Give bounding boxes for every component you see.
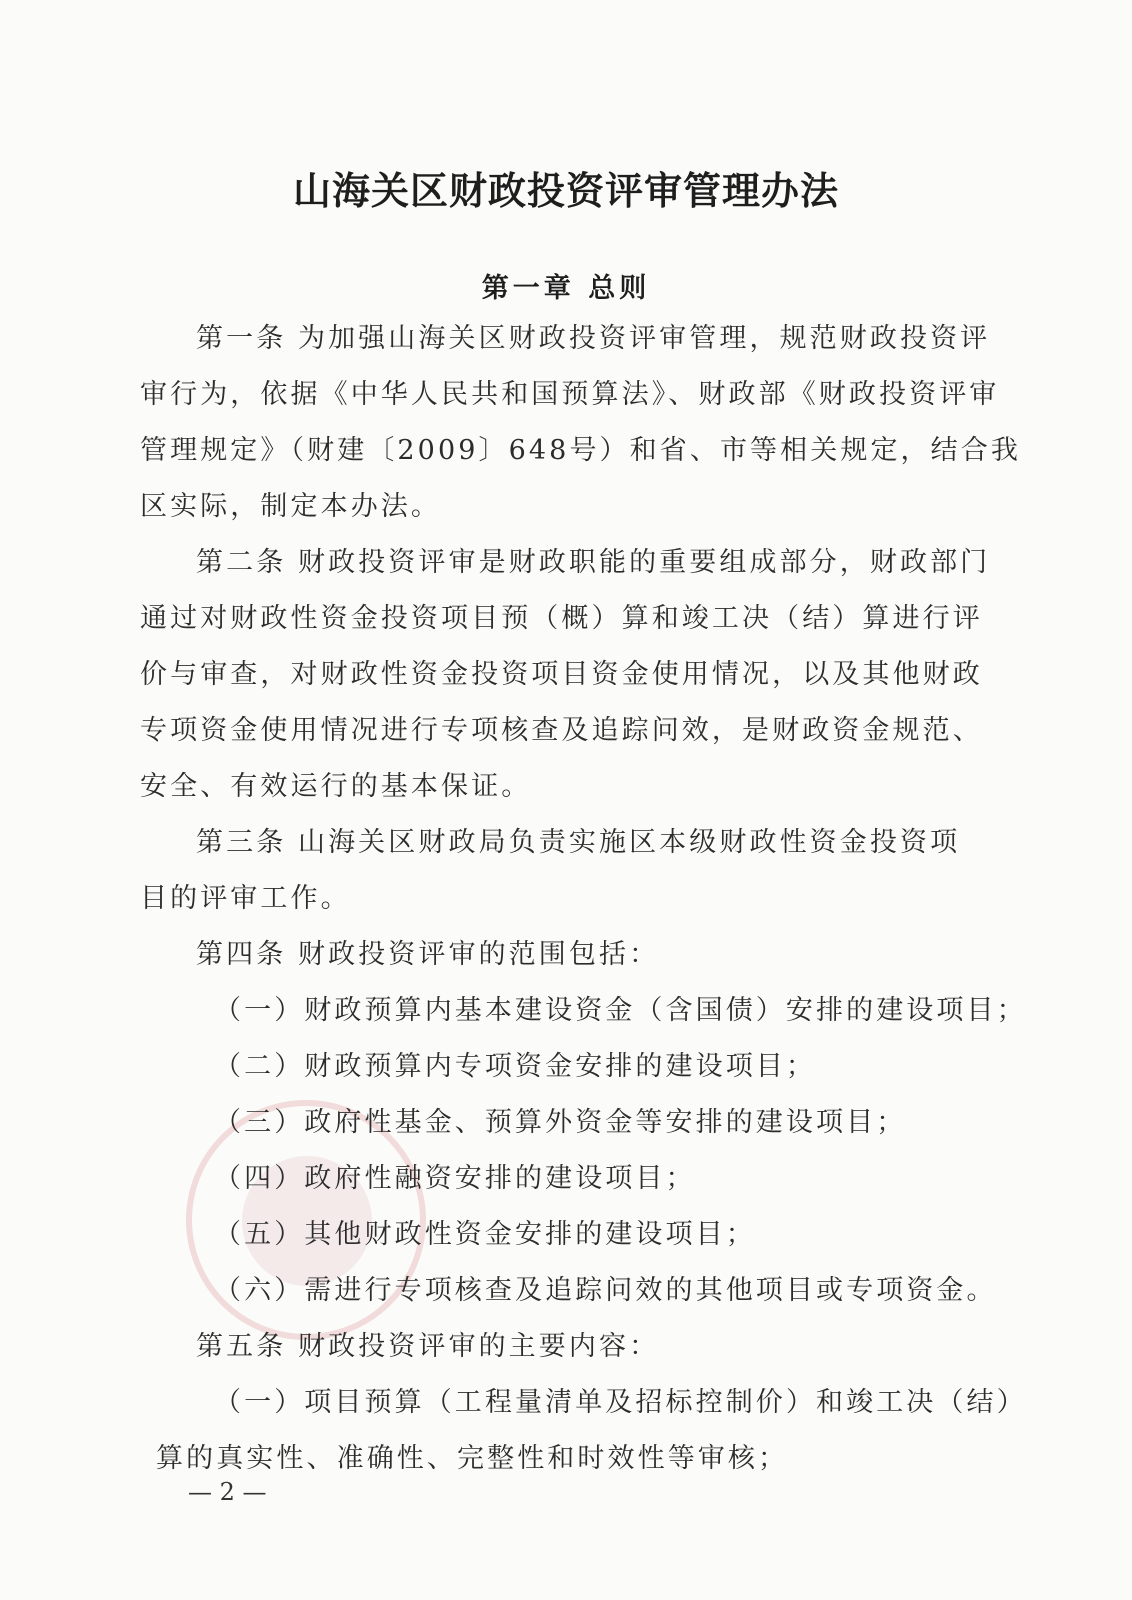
article-1-line-4: 区实际，制定本办法。 xyxy=(140,484,441,523)
chapter-heading: 第一章 总则 xyxy=(0,266,1132,305)
article-5-item-1-line-1: （一）项目预算（工程量清单及招标控制价）和竣工决（结） xyxy=(214,1380,1027,1419)
article-2-line-1: 第二条 财政投资评审是财政职能的重要组成部分，财政部门 xyxy=(196,540,990,579)
article-4-item-3: （三）政府性基金、预算外资金等安排的建设项目； xyxy=(214,1100,906,1139)
article-4-item-4: （四）政府性融资安排的建设项目； xyxy=(214,1156,696,1195)
article-3-line-2: 目的评审工作。 xyxy=(140,876,351,915)
article-1-line-2: 审行为，依据《中华人民共和国预算法》、财政部《财政投资评审 xyxy=(140,372,999,411)
article-5-heading: 第五条 财政投资评审的主要内容： xyxy=(196,1324,659,1363)
article-1-line-1: 第一条 为加强山海关区财政投资评审管理，规范财政投资评 xyxy=(196,316,990,355)
article-1-line-3: 管理规定》（财建〔2009〕648号）和省、市等相关规定，结合我 xyxy=(140,428,1021,467)
page-number: — 2 — xyxy=(188,1478,267,1506)
article-4-item-5: （五）其他财政性资金安排的建设项目； xyxy=(214,1212,756,1251)
article-2-line-5: 安全、有效运行的基本保证。 xyxy=(140,764,531,803)
article-3-line-1: 第三条 山海关区财政局负责实施区本级财政性资金投资项 xyxy=(196,820,960,859)
article-2-line-2: 通过对财政性资金投资项目预（概）算和竣工决（结）算进行评 xyxy=(140,596,983,635)
article-4-item-1: （一）财政预算内基本建设资金（含国债）安排的建设项目； xyxy=(214,988,1027,1027)
article-2-line-4: 专项资金使用情况进行专项核查及追踪问效，是财政资金规范、 xyxy=(140,708,983,747)
article-5-item-1-line-2: 算的真实性、准确性、完整性和时效性等审核； xyxy=(156,1436,788,1475)
document-title: 山海关区财政投资评审管理办法 xyxy=(0,160,1132,215)
article-4-item-6: （六）需进行专项核查及追踪问效的其他项目或专项资金。 xyxy=(214,1268,997,1307)
article-4-heading: 第四条 财政投资评审的范围包括： xyxy=(196,932,659,971)
article-4-item-2: （二）财政预算内专项资金安排的建设项目； xyxy=(214,1044,816,1083)
article-2-line-3: 价与审查，对财政性资金投资项目资金使用情况，以及其他财政 xyxy=(140,652,983,691)
